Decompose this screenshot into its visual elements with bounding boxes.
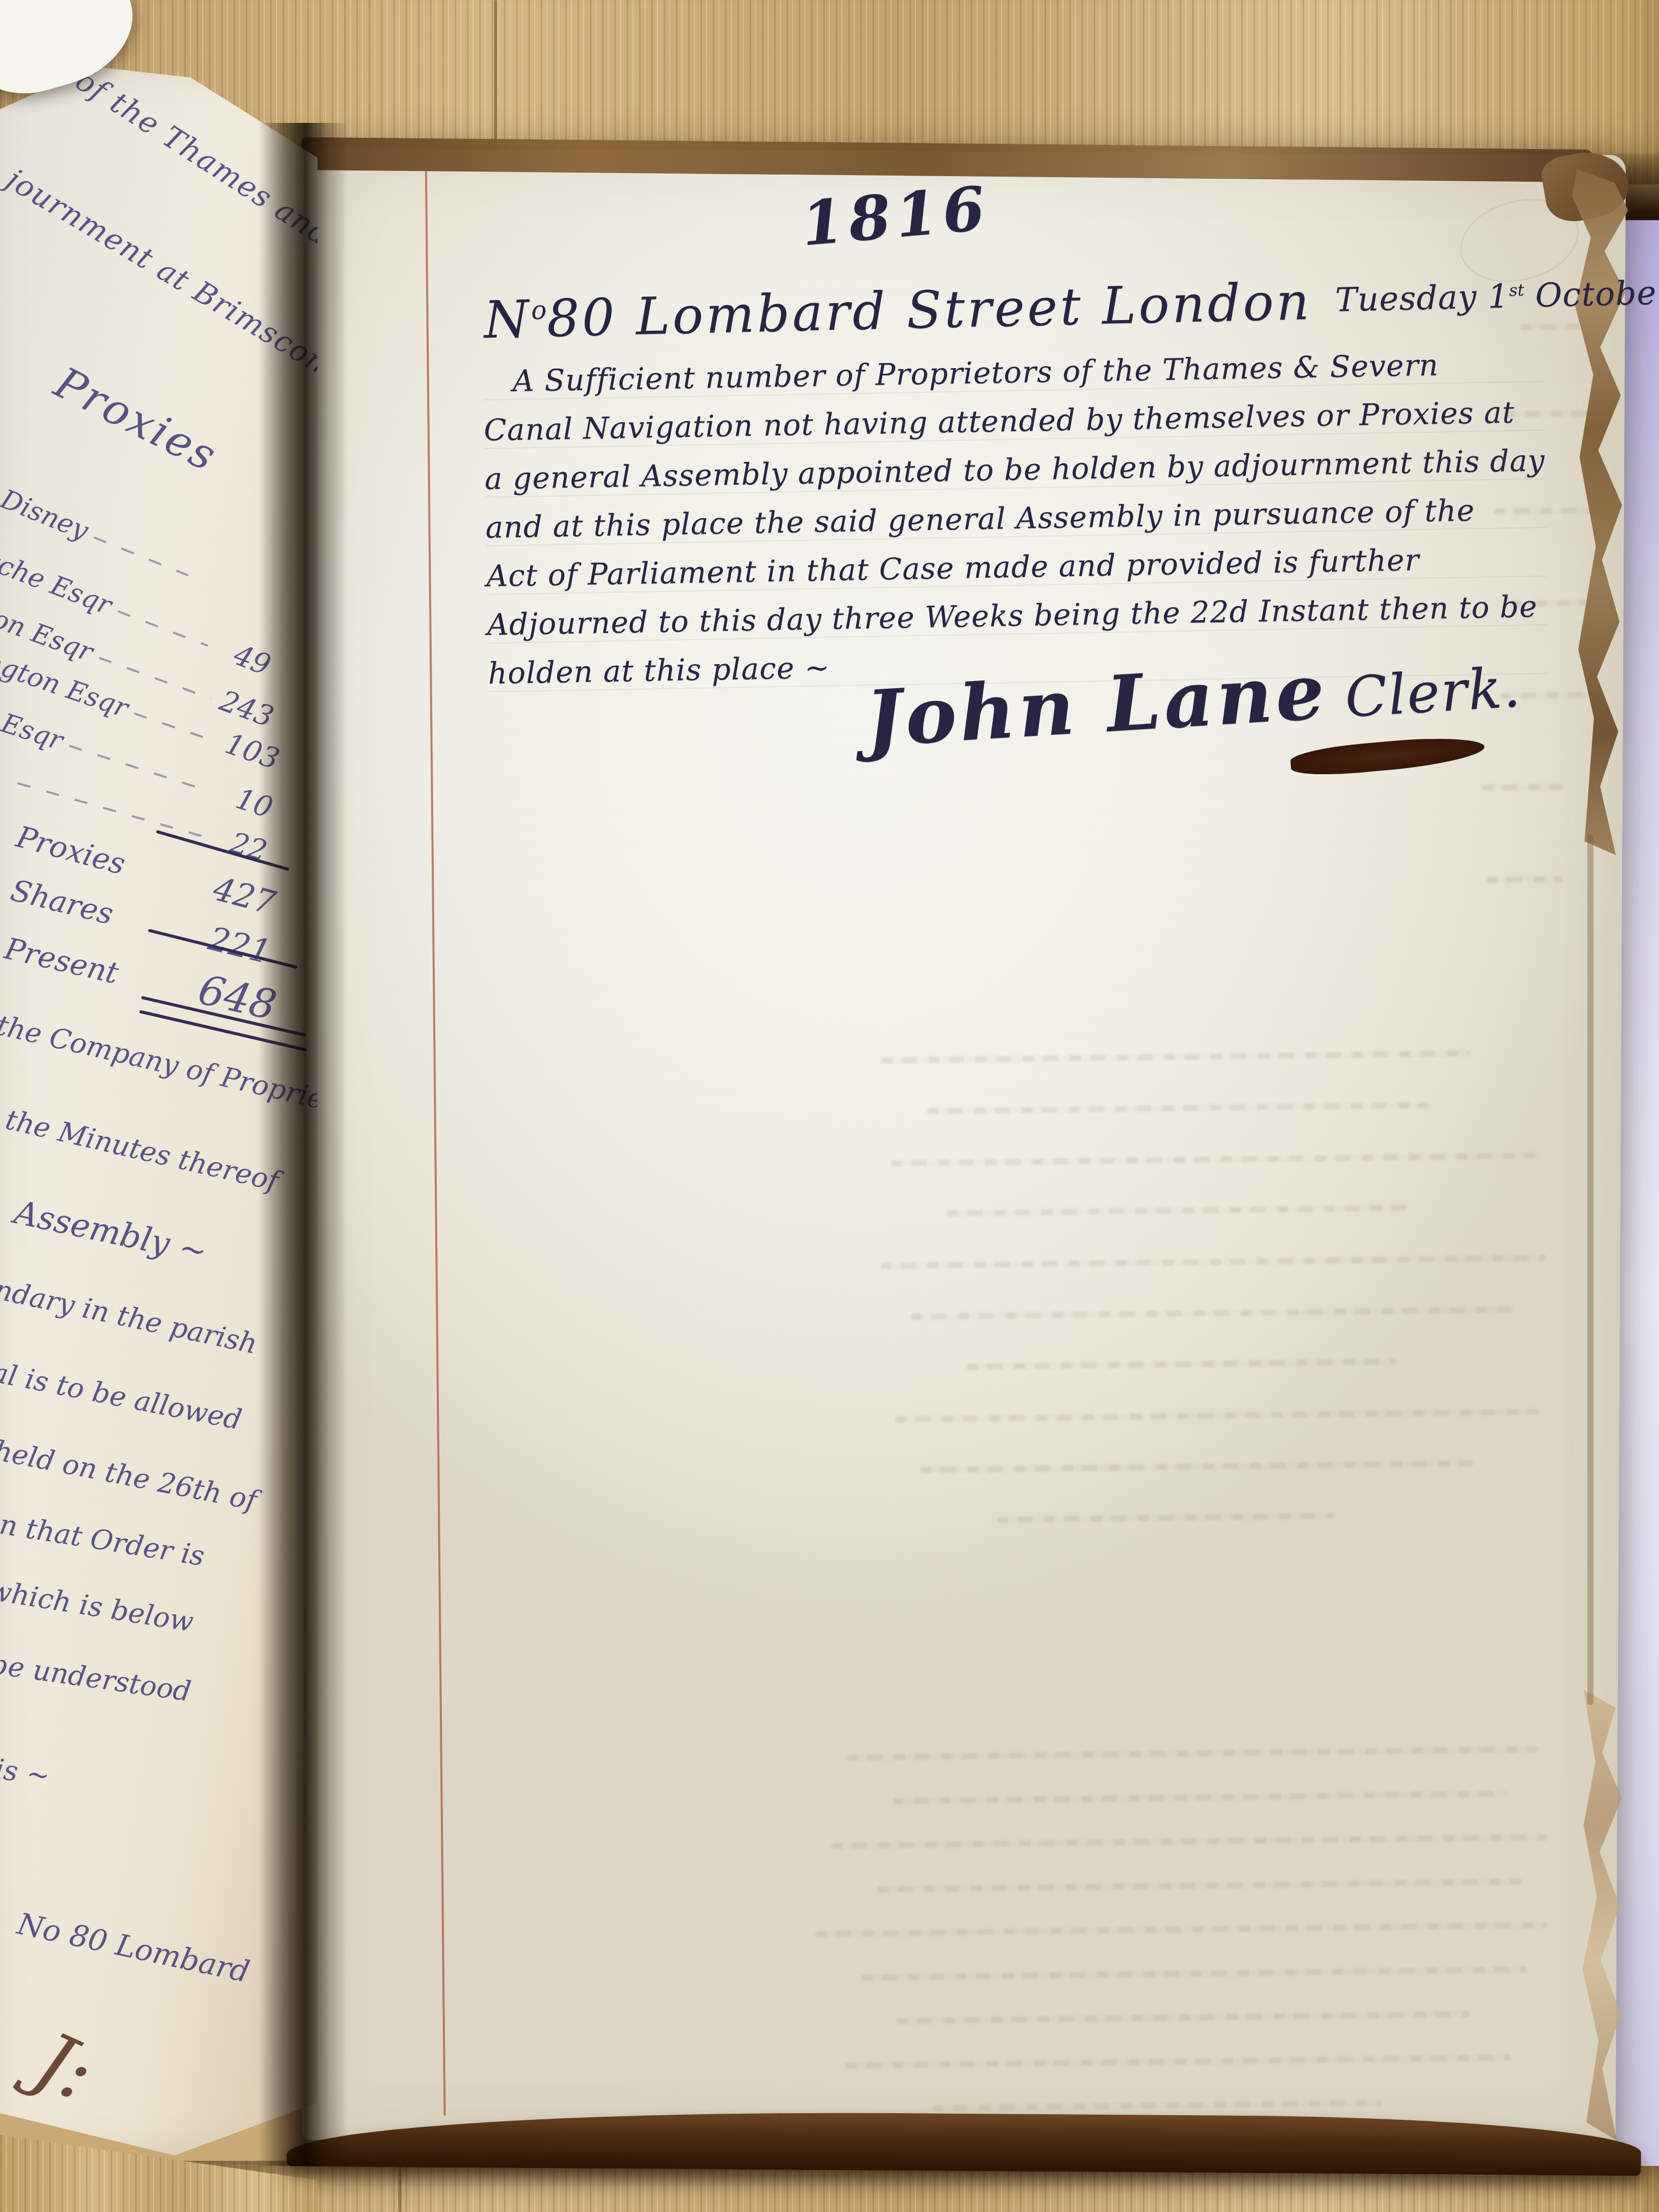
footer-fragment: No 80 Lombard bbox=[14, 1906, 252, 1989]
note-fragment: which is below bbox=[0, 1574, 196, 1639]
date-part: Tuesday 1st October. bbox=[1335, 274, 1659, 320]
note-fragment: in that Order is bbox=[0, 1506, 207, 1572]
dash-leader bbox=[93, 536, 188, 576]
note-fragment: ndary in the parish bbox=[0, 1273, 260, 1360]
signature-title: Clerk. bbox=[1343, 655, 1523, 730]
note-fragment: the Minutes thereof bbox=[3, 1103, 282, 1198]
dash-leader bbox=[134, 712, 217, 742]
left-page: tors of the Thames and journment at Brim… bbox=[0, 56, 317, 2166]
proxies-heading: Proxies bbox=[47, 357, 225, 482]
minute-book-photo: 1816 No80 Lombard Street LondonTuesday 1… bbox=[0, 0, 1659, 2212]
note-fragment: held on the 26th of bbox=[0, 1434, 260, 1517]
page-edge-line bbox=[1587, 835, 1593, 1705]
note-fragment: be understood bbox=[0, 1648, 193, 1708]
note-fragment: Assembly ~ bbox=[11, 1194, 210, 1271]
ink-flourish: J: bbox=[23, 2015, 108, 2118]
note-fragment: is ~ bbox=[0, 1753, 52, 1792]
note-fragment: al is to be allowed bbox=[0, 1356, 244, 1436]
dash-leader bbox=[117, 610, 208, 647]
